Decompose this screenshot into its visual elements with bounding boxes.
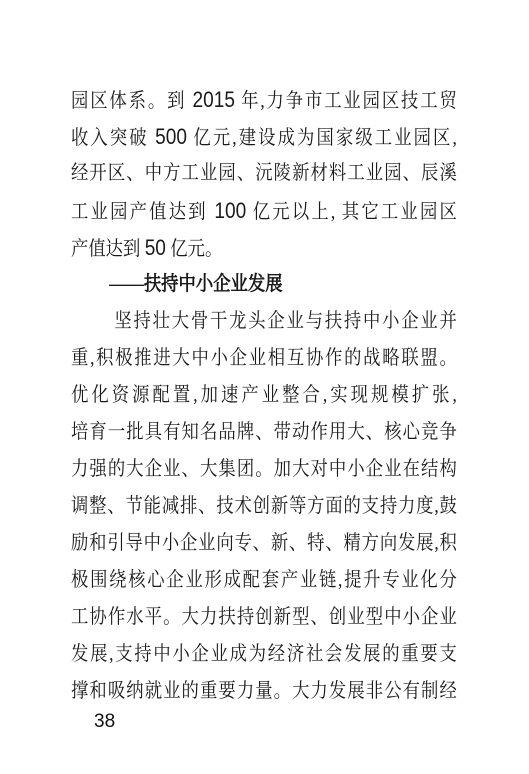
- body-text-line: 优化资源配置,加速产业整合,实现规模扩张,: [71, 377, 457, 414]
- body-text-line: 收入突破 500 亿元,建设成为国家级工业园区,: [71, 118, 457, 155]
- numeral: 500: [155, 124, 187, 149]
- body-text-line: 极围绕核心企业形成配套产业链,提升专业化分: [71, 562, 457, 599]
- numeral: 2015: [192, 87, 234, 112]
- body-text-line: 园区体系。到 2015 年,力争市工业园区技工贸: [71, 81, 457, 118]
- text-block: 园区体系。到 2015 年,力争市工业园区技工贸收入突破 500 亿元,建设成为…: [71, 81, 457, 710]
- body-text-line: 调整、节能减排、技术创新等方面的支持力度,鼓: [71, 488, 457, 525]
- body-text-line: 发展,支持中小企业成为经济社会发展的重要支: [71, 636, 457, 673]
- body-text-line: 经开区、中方工业园、沅陵新材料工业园、辰溪: [71, 155, 457, 192]
- document-page: 园区体系。到 2015 年,力争市工业园区技工贸收入突破 500 亿元,建设成为…: [0, 0, 529, 774]
- page-number: 38: [94, 711, 115, 733]
- body-text-line: 产值达到 50 亿元。: [71, 229, 457, 266]
- body-text-line: 重,积极推进大中小企业相互协作的战略联盟。: [71, 340, 457, 377]
- body-text-line: 力强的大企业、大集团。加大对中小企业在结构: [71, 451, 457, 488]
- numeral: 100: [214, 198, 246, 223]
- body-text-line: 培育一批具有知名品牌、带动作用大、核心竞争: [71, 414, 457, 451]
- section-heading: ——扶持中小企业发展: [71, 266, 457, 303]
- body-text-line: 励和引导中小企业向专、新、特、精方向发展,积: [71, 525, 457, 562]
- body-text-line: 撑和吸纳就业的重要力量。大力发展非公有制经: [71, 673, 457, 710]
- body-text-line: 工业园产值达到 100 亿元以上, 其它工业园区: [71, 192, 457, 229]
- body-text-line: 坚持壮大骨干龙头企业与扶持中小企业并: [71, 303, 457, 340]
- body-text-line: 工协作水平。大力扶持创新型、创业型中小企业: [71, 599, 457, 636]
- numeral: 50: [145, 235, 166, 260]
